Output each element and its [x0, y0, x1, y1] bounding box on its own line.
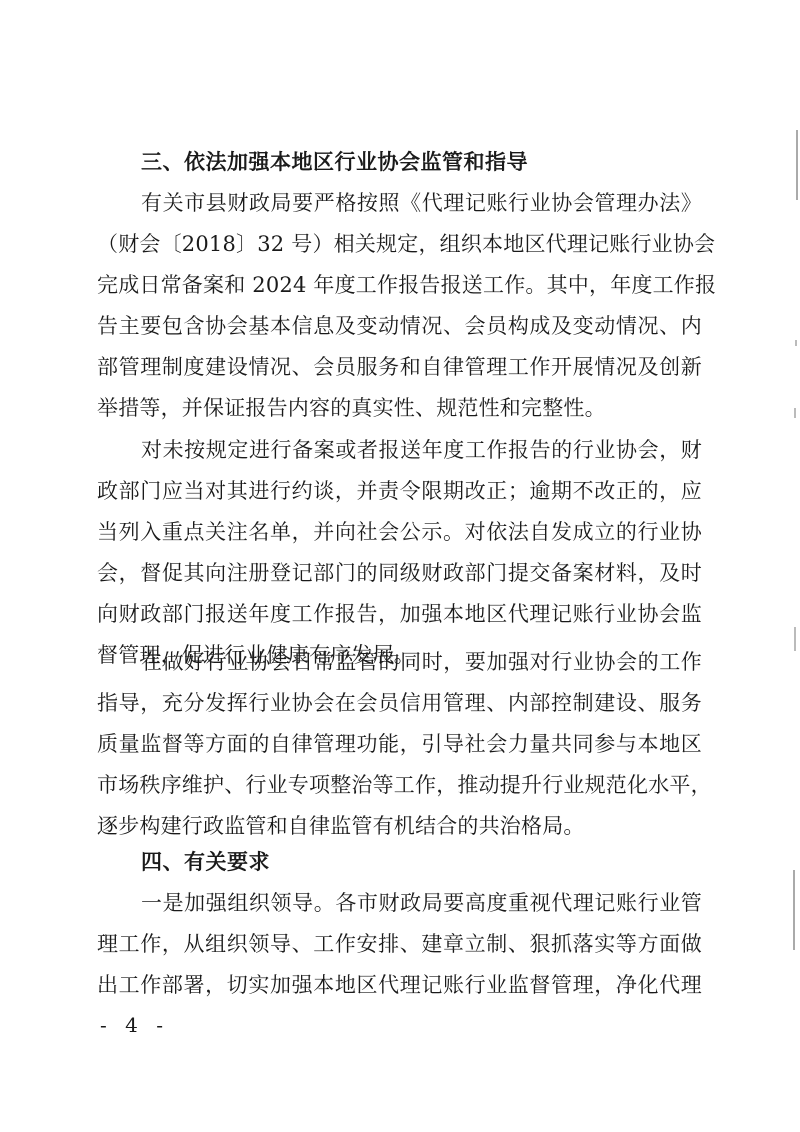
paragraph-line: 举措等，并保证报告内容的真实性、规范性和完整性。	[97, 392, 702, 422]
paragraph-line: 在做好行业协会日常监管的同时，要加强对行业协会的工作	[141, 646, 702, 676]
page-number: - 4 -	[100, 1013, 169, 1037]
paragraph-line: 一是加强组织领导。各市财政局要高度重视代理记账行业管	[141, 887, 702, 917]
paragraph-line: 逐步构建行政监管和自律监管有机结合的共治格局。	[97, 810, 702, 840]
section-heading-4: 四、有关要求	[141, 846, 270, 876]
scan-artifact	[793, 870, 795, 950]
paragraph-line: 告主要包含协会基本信息及变动情况、会员构成及变动情况、内	[97, 310, 702, 340]
scan-artifact	[794, 408, 796, 418]
document-page: 三、依法加强本地区行业协会监管和指导 有关市县财政局要严格按照《代理记账行业协会…	[0, 0, 800, 1132]
paragraph-line: 出工作部署，切实加强本地区代理记账行业监督管理，净化代理	[97, 969, 702, 999]
paragraph-line: 完成日常备案和 2024 年度工作报告报送工作。其中，年度工作报	[97, 269, 702, 299]
paragraph-line: 对未按规定进行备案或者报送年度工作报告的行业协会，财	[141, 434, 702, 464]
paragraph-line: 理工作，从组织领导、工作安排、建章立制、狠抓落实等方面做	[97, 928, 702, 958]
paragraph-line: 向财政部门报送年度工作报告，加强本地区代理记账行业协会监	[97, 598, 702, 628]
paragraph-line: 当列入重点关注名单，并向社会公示。对依法自发成立的行业协	[97, 516, 702, 546]
paragraph-line: 有关市县财政局要严格按照《代理记账行业协会管理办法》	[141, 187, 702, 217]
paragraph-line: 市场秩序维护、行业专项整治等工作，推动提升行业规范化水平，	[97, 769, 702, 799]
paragraph-line: 会，督促其向注册登记部门的同级财政部门提交备案材料，及时	[97, 557, 702, 587]
paragraph-line: 政部门应当对其进行约谈，并责令限期改正；逾期不改正的，应	[97, 475, 702, 505]
paragraph-line: 指导，充分发挥行业协会在会员信用管理、内部控制建设、服务	[97, 687, 702, 717]
section-heading-3: 三、依法加强本地区行业协会监管和指导	[141, 146, 528, 176]
scan-artifact	[795, 340, 797, 346]
scan-artifact	[794, 627, 796, 651]
scan-artifact	[796, 130, 798, 200]
paragraph-line: 质量监督等方面的自律管理功能，引导社会力量共同参与本地区	[97, 728, 702, 758]
paragraph-line: 部管理制度建设情况、会员服务和自律管理工作开展情况及创新	[97, 351, 702, 381]
paragraph-line: （财会〔2018〕32 号）相关规定，组织本地区代理记账行业协会	[97, 228, 702, 258]
